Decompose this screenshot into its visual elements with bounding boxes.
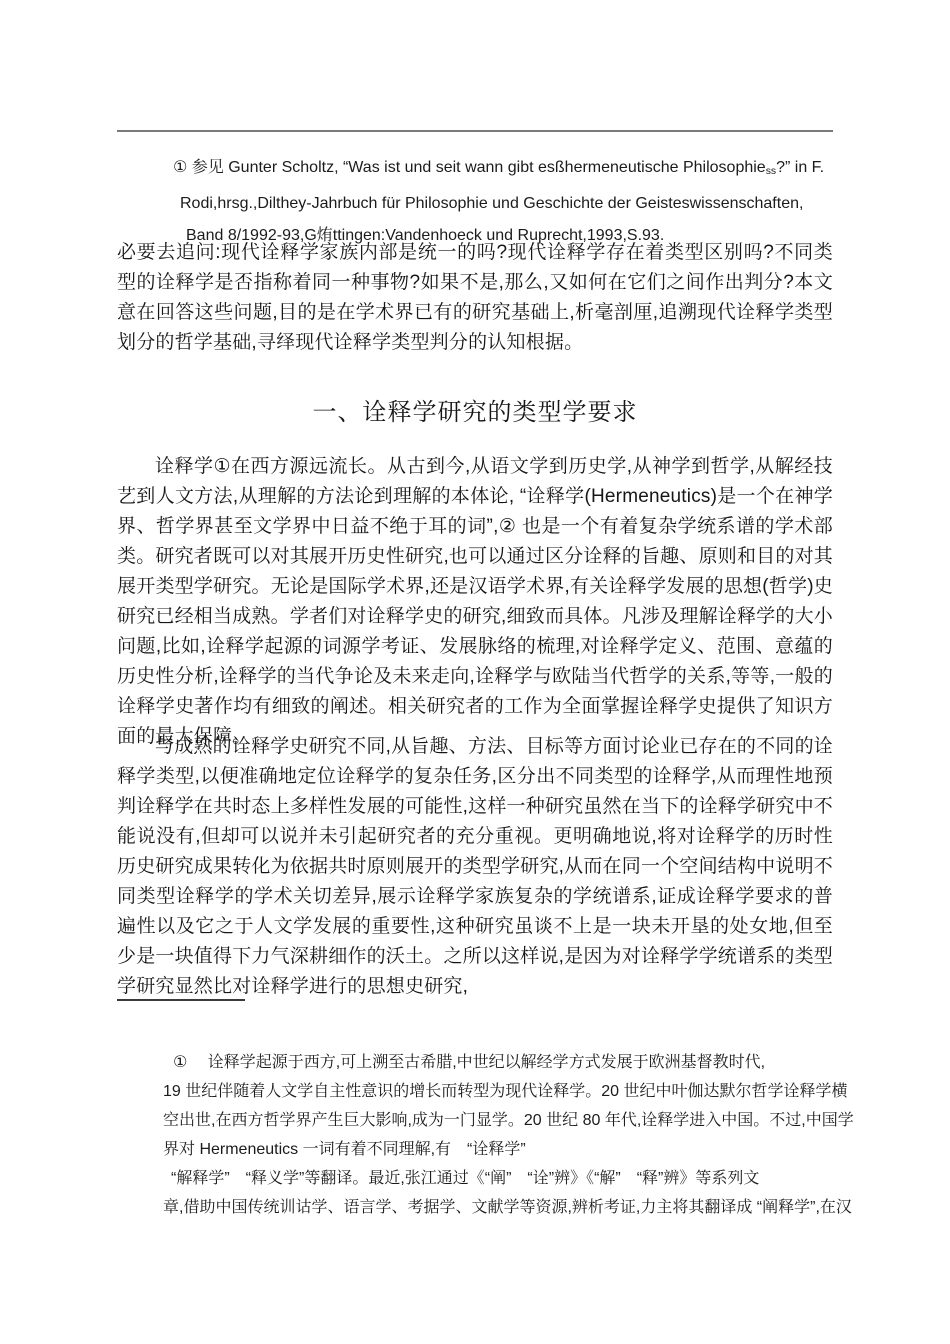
footnote-separator-rule xyxy=(117,999,245,1001)
footnote-bottom-line-6: 章,借助中国传统训诂学、语言学、考据学、文献学等资源,辨析考证,力主将其翻译成 … xyxy=(163,1193,863,1222)
document-page: { "page": { "background": "#ffffff", "te… xyxy=(0,0,950,1344)
footnote-bottom-line-4: 界对 Hermeneutics 一词有着不同理解,有 “诠释学” xyxy=(163,1135,863,1164)
body-paragraph-1: 必要去追问:现代诠释学家族内部是统一的吗?现代诠释学存在着类型区别吗?不同类型的… xyxy=(117,238,833,358)
section-heading: 一、诠释学研究的类型学要求 xyxy=(117,392,833,427)
footnote-block-bottom: ① 诠释学起源于西方,可上溯至古希腊,中世纪以解经学方式发展于欧洲基督教时代, … xyxy=(163,1048,863,1222)
top-divider-rule xyxy=(117,130,833,132)
footnote-bottom-line-1: ① 诠释学起源于西方,可上溯至古希腊,中世纪以解经学方式发展于欧洲基督教时代, xyxy=(163,1048,863,1077)
footnote-bottom-line-5: “解释学” “释义学”等翻译。最近,张江通过《“阐” “诠”辨》《“解” “释”… xyxy=(163,1164,863,1193)
footnote-top-line-2: Rodi,hrsg.,Dilthey-Jahrbuch für Philosop… xyxy=(117,188,877,220)
body-paragraph-2: 诠释学①在西方源远流长。从古到今,从语文学到历史学,从神学到哲学,从解经技艺到人… xyxy=(117,452,833,752)
footnote-bottom-line-3: 空出世,在西方哲学界产生巨大影响,成为一门显学。20 世纪 80 年代,诠释学进… xyxy=(163,1106,863,1135)
footnote-top-line-1: ① 参见 Gunter Scholtz, “Was ist und seit w… xyxy=(117,152,877,188)
footnote-top-line1-subscript: ss xyxy=(766,166,776,177)
footnote-bottom-line-2: 19 世纪伴随着人文学自主性意识的增长而转型为现代诠释学。20 世纪中叶伽达默尔… xyxy=(163,1077,863,1106)
footnote-top-line1-post: ?” in F. xyxy=(776,159,824,176)
footnote-reference-top: ① 参见 Gunter Scholtz, “Was ist und seit w… xyxy=(117,152,877,252)
footnote-top-line1-pre: ① 参见 Gunter Scholtz, “Was ist und seit w… xyxy=(173,159,766,176)
body-paragraph-3: 与成熟的诠释学史研究不同,从旨趣、方法、目标等方面讨论业已存在的不同的诠释学类型… xyxy=(117,732,833,1002)
